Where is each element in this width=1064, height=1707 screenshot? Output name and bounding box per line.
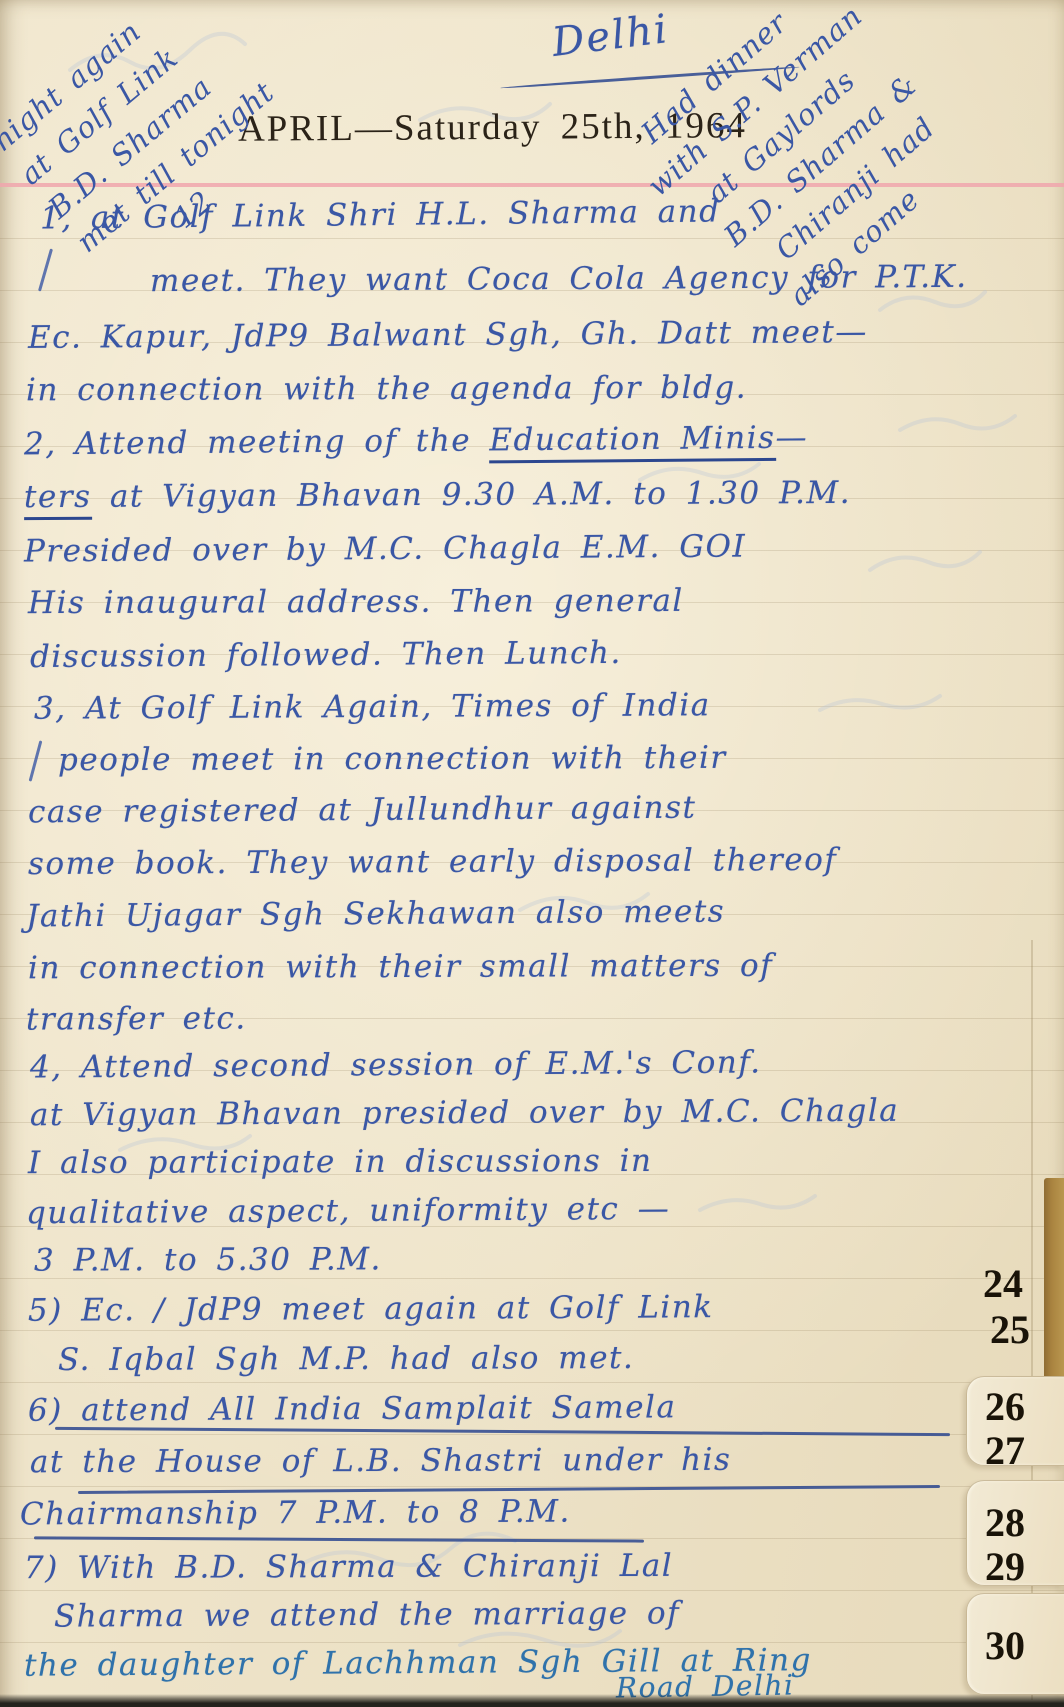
- annotation-top-left: night again at Golf Link B.D. Sharma met…: [0, 0, 312, 297]
- diary-line: meet. They want Coca Cola Agency for P.T…: [150, 260, 968, 298]
- diary-line: Chairmanship 7 P.M. to 8 P.M.: [20, 1495, 571, 1532]
- diary-line: 1, at Golf Link Shri H.L. Sharma and: [40, 194, 721, 235]
- diary-line: 4, Attend second session of E.M.'s Conf.: [30, 1045, 762, 1084]
- pen-stroke: [38, 248, 53, 291]
- date-tab-number-27: 27: [985, 1429, 1064, 1473]
- thumb-tab-28-29: 28 29: [966, 1480, 1064, 1586]
- diary-line: I also participate in discussions in: [28, 1144, 653, 1180]
- diary-line: transfer etc.: [26, 1001, 247, 1036]
- date-tab-number-30: 30: [985, 1624, 1064, 1668]
- date-tab-number-28: 28: [985, 1501, 1064, 1545]
- line-segment: 2, Attend meeting of the: [24, 422, 490, 462]
- diary-line: ters at Vigyan Bhavan 9.30 A.M. to 1.30 …: [24, 476, 851, 514]
- diary-line: 2, Attend meeting of the Education Minis…: [24, 421, 808, 462]
- thumb-tab-26-27: 26 27: [966, 1376, 1064, 1466]
- diary-line: Sharma we attend the marriage of: [54, 1596, 680, 1633]
- diary-line: Jathi Ujagar Sgh Sekhawan also meets: [26, 895, 725, 934]
- line-segment: —: [775, 420, 808, 456]
- diary-line: Ec. Kapur, JdP9 Balwant Sgh, Gh. Datt me…: [28, 315, 868, 355]
- date-tab-number-25: 25: [990, 1308, 1030, 1352]
- scan-bottom-edge: [0, 1694, 1064, 1707]
- diary-line: 6) attend All India Samplait Samela: [28, 1390, 677, 1427]
- entry6-underline: [34, 1536, 644, 1542]
- diary-line: discussion followed. Then Lunch.: [30, 636, 622, 674]
- diary-line: 3, At Golf Link Again, Times of India: [34, 688, 711, 726]
- diary-line: in connection with the agenda for bldg.: [26, 371, 747, 408]
- page-stack-edge: [1044, 1178, 1064, 1402]
- diary-line: case registered at Jullundhur against: [28, 791, 697, 830]
- diary-line: 3 P.M. to 5.30 P.M.: [34, 1242, 382, 1277]
- diary-line: 5) Ec. / JdP9 meet again at Golf Link: [28, 1290, 714, 1328]
- diary-page-scan: APRIL—Saturday 25th, 1964 night again at…: [0, 0, 1064, 1707]
- pen-stroke: [29, 740, 43, 781]
- line-segment: at Vigyan Bhavan 9.30 A.M. to 1.30 P.M.: [91, 475, 851, 515]
- diary-line: 7) With B.D. Sharma & Chiranji Lal: [24, 1549, 673, 1585]
- diary-line: His inaugural address. Then general: [28, 584, 684, 620]
- entry6-underline: [55, 1427, 950, 1436]
- line-segment-underlined: ters: [24, 479, 92, 520]
- date-tab-number-29: 29: [985, 1545, 1064, 1589]
- entry6-underline: [78, 1485, 940, 1494]
- diary-line: in connection with their small matters o…: [28, 949, 773, 986]
- date-tab-number-26: 26: [985, 1385, 1064, 1429]
- line-segment-underlined: Education Minis: [489, 420, 775, 463]
- diary-line: at Vigyan Bhavan presided over by M.C. C…: [30, 1094, 899, 1133]
- diary-line: Presided over by M.C. Chagla E.M. GOI: [24, 529, 746, 568]
- thumb-tab-30: 30: [966, 1593, 1064, 1695]
- diary-line: qualitative aspect, uniformity etc —: [26, 1192, 670, 1231]
- date-tab-number-24: 24: [983, 1262, 1023, 1306]
- diary-line: people meet in connection with their: [58, 741, 727, 777]
- diary-line: S. Iqbal Sgh M.P. had also met.: [58, 1341, 634, 1377]
- annotation-city: Delhi: [550, 7, 672, 65]
- diary-line: some book. They want early disposal ther…: [28, 843, 837, 881]
- diary-line: at the House of L.B. Shastri under his: [30, 1443, 731, 1480]
